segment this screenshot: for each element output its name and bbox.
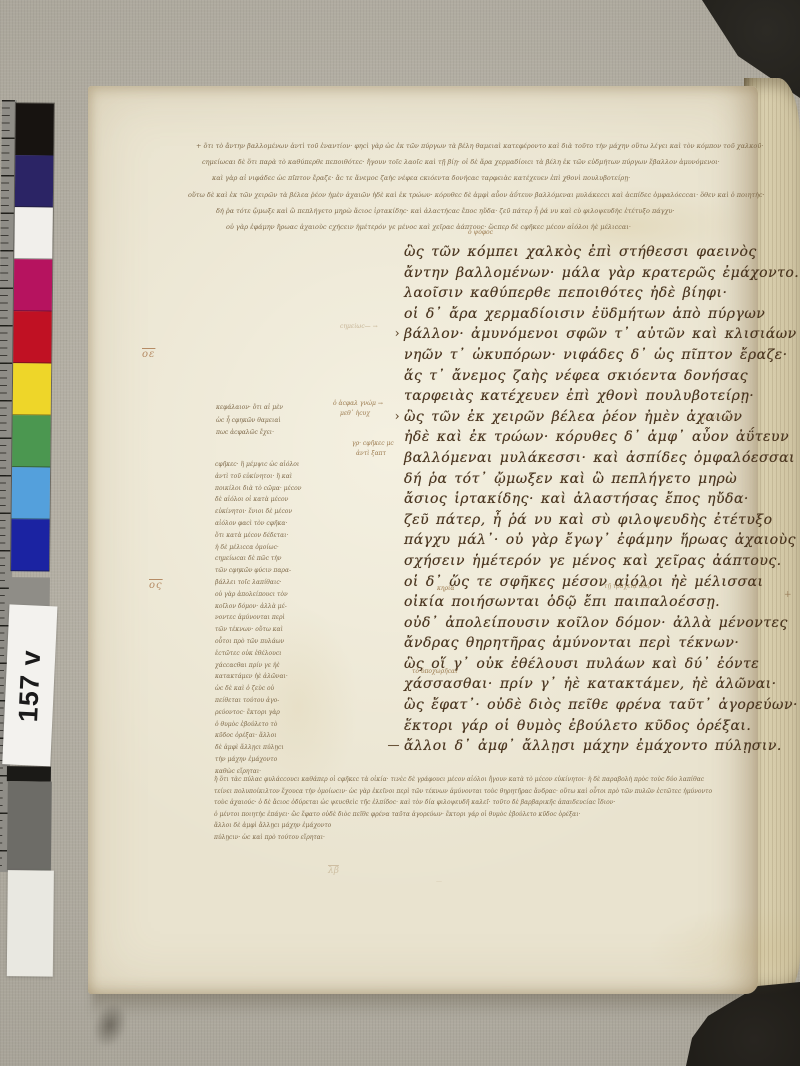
- verse-line: λαοῖσιν καθύπερθε πεποιθότες ἠδὲ βίηφι·: [404, 285, 799, 306]
- scholia-line: νοντεϲ ἀμύνονται περὶ: [215, 612, 357, 624]
- scholia-line: κεφάλαιον· ὅτι αἱ μὲν: [216, 402, 336, 415]
- interlinear-gloss: κηρία: [437, 585, 454, 592]
- quire-numeral-os: ος: [149, 580, 163, 591]
- scholia-line: ϲημείωϲαι δὲ πῶϲ τὴν: [215, 553, 357, 565]
- tail-patch-white: [7, 870, 54, 976]
- scholia-line: καὶ γὰρ αἱ νιφάδεϲ ὡϲ πῖπτον ἔραζε· ἅϲ τ…: [212, 170, 712, 186]
- marginal-note: γρ· ϲφῆκεϲ μϲ: [352, 440, 394, 447]
- color-patch: [13, 363, 52, 415]
- verse-text: βαλλόμεναι μυλάκεσσι· καὶ ἀσπίδες ὀμφαλό…: [404, 450, 795, 466]
- verse-line: πάγχυ μάλ᾽· οὐ γὰρ ἔγωγ᾽ ἐφάμην ἥρωας ἀχ…: [404, 532, 799, 553]
- patch-gap: [9, 577, 50, 607]
- interlinear-gloss: τῇ τραχείᾳ ὁδῷ: [604, 583, 651, 590]
- scholia-line: κοῖλον δόμον· ἀλλὰ μέ-: [215, 601, 357, 613]
- scholia-line: τοὺϲ ἀχαιούϲ· ὁ δὲ ἄϲιοϲ ὀδύρεται ὡϲ ψευ…: [214, 797, 794, 809]
- verse-text: ὣς τῶν ἐκ χειρῶν βέλεα ῥέον ἠμὲν ἀχαιῶν: [404, 409, 742, 425]
- scholia-line: οὐ γὰρ ἀπολείπουϲι τὸν: [215, 589, 357, 601]
- verse-line: σχήσειν ἡμέτερόν γε μένος καὶ χεῖρας ἀάπ…: [404, 553, 799, 574]
- scholia-line: πωϲ ἀϲφαλῶϲ ἔχει·: [216, 427, 336, 440]
- verse-text: ζεῦ πάτερ, ἦ ῥά νυ καὶ σὺ φιλοψευδὴς ἐτέ…: [404, 512, 773, 528]
- scholia-line: κατακτάμεν ἠὲ ἁλῶναι·: [215, 671, 357, 683]
- top-scholia-block: + ὅτι τὸ ἄντην βαλλομένων ἀντὶ τοῦ ἐναντ…: [196, 138, 782, 235]
- scholia-line: δὲ αἰόλοι οἱ κατὰ μέϲον: [215, 494, 357, 506]
- verse-line: νηῶν τ᾽ ὠκυπόρων· νιφάδες δ᾽ ὡς πῖπτον ἔ…: [404, 347, 799, 368]
- verse-line: › βάλλον· ἀμυνόμενοι σφῶν τ᾽ αὐτῶν καὶ κ…: [404, 326, 799, 347]
- scholia-line: ἢ ὅτι τὰϲ πύλαϲ φυλάϲϲουϲι καθάπερ οἱ ϲφ…: [214, 774, 794, 786]
- scholia-line: οὐ γὰρ ἐφάμην ἥρωαϲ ἀχαιοὺϲ ϲχήϲειν ἡμέτ…: [226, 219, 706, 235]
- color-patch: [13, 311, 52, 363]
- verse-marker: ›: [395, 326, 404, 340]
- verse-line: ταρφειὰς κατέχευεν ἐπὶ χθονὶ πουλυβοτείρ…: [404, 388, 799, 409]
- scholia-line: τῶν ϲφηκῶν φύϲιν παρα-: [215, 565, 357, 577]
- verse-line: ἕκτορι γάρ οἱ θυμὸς ἐβούλετο κῦδος ὀρέξα…: [404, 718, 799, 739]
- faint-mark: —: [436, 878, 442, 885]
- color-patch: [14, 207, 53, 259]
- color-patch: [15, 103, 54, 155]
- scholia-line: τὴν μάχην ἐμάχοντο: [215, 754, 357, 766]
- verse-text: ὣς τῶν κόμπει χαλκὸς ἐπὶ στήθεσσι φαεινὸ…: [404, 244, 757, 260]
- photo-stage: + + ὅτι τὸ ἄντην βαλλομένων ἀντὶ τοῦ ἐνα…: [0, 0, 800, 1066]
- color-patch-column: [10, 102, 55, 571]
- scholia-line: βάλλει τοῖϲ λαπίθαιϲ·: [215, 577, 357, 589]
- scholia-line: ὡϲ ἦ ϲφηκῶν θαμειαὶ: [216, 415, 336, 428]
- verse-line: ἅς τ᾽ ἄνεμος ζαὴς νέφεα σκιόεντα δονήσας: [404, 368, 799, 389]
- folio-label: 157 v: [2, 604, 57, 766]
- marginal-note: γρ ουτϲ ἀψτ: [700, 414, 737, 421]
- color-patch: [14, 259, 53, 311]
- verse-line: ἄντην βαλλομένων· μάλα γὰρ κρατερῶς ἐμάχ…: [404, 265, 799, 286]
- verse-line: οὐδ᾽ ἀπολείπουσιν κοῖλον δόμον· ἀλλὰ μέν…: [404, 615, 799, 636]
- color-patch: [11, 519, 50, 571]
- verse-line: χάσσασθαι· πρίν γ᾽ ἠὲ κατακτάμεν, ἠὲ ἁλῶ…: [404, 676, 799, 697]
- verse-line: οἱ δ᾽ ἄρα χερμαδίοισιν ἐϋδμήτων ἀπὸ πύργ…: [404, 306, 799, 327]
- scholia-line: εὐκίνητοι· ἔνιοι δὲ μέϲον: [215, 506, 357, 518]
- scholia-line: ἄλλοι δὲ ἀμφὶ ἄλλῃϲι μάχην ἐμάχοντο: [214, 820, 794, 832]
- verse-line: ὣς οἵ γ᾽ οὐκ ἐθέλουσι πυλάων καὶ δύ᾽ ἐόν…: [404, 656, 799, 677]
- verse-text: ἠδὲ καὶ ἐκ τρώων· κόρυθες δ᾽ ἀμφ᾽ αὖον ἀ…: [404, 429, 789, 445]
- scholia-line: οὗτοι πρὸ τῶν πυλάων: [215, 636, 357, 648]
- verse-text: οἱ δ᾽ ὥς τε σφῆκες μέσον αἰόλοι ἠὲ μέλισ…: [404, 574, 763, 590]
- verse-line: ἄνδρας θηρητῆρας ἀμύνονται περὶ τέκνων·: [404, 635, 799, 656]
- verse-line: — ἄλλοι δ᾽ ἀμφ᾽ ἄλλῃσι μάχην ἐμάχοντο πύ…: [404, 738, 799, 759]
- quire-numeral-oe: οε: [142, 349, 155, 360]
- verse-line: βαλλόμεναι μυλάκεσσι· καὶ ἀσπίδες ὀμφαλό…: [404, 450, 799, 471]
- scholia-line: ποικίλοι διὰ τὸ ϲῶμα· μέϲον: [215, 483, 357, 495]
- folio-label-text: 157 v: [13, 648, 47, 722]
- scholia-line: ὡϲ δὲ καὶ ὁ ζεὺϲ οὐ: [215, 683, 357, 695]
- scholia-line: τείνει πολυποίκιλτον ἔχουϲα τὴν ὁμοίωϲιν…: [214, 786, 794, 798]
- color-patch: [12, 415, 51, 467]
- scholia-line: ἑϲτῶτεϲ οὐκ ἐθέλουϲι: [215, 648, 357, 660]
- scholia-line: δὲ ἀμφὶ ἄλλῃϲι πύλῃϲι: [215, 742, 357, 754]
- scholia-line: ὁ θυμὸϲ ἐβούλετο τὸ: [215, 719, 357, 731]
- verse-text: ἄσιος ἱρτακίδης· καὶ ἀλαστήσας ἔπος ηὔδα…: [404, 491, 749, 507]
- left-scholia-block-b: ϲφῆκεϲ· ἢ μέμψιϲ ὡϲ αἰόλοιἀντὶ τοῦ εὐκίν…: [215, 459, 357, 778]
- verse-text: οὐδ᾽ ἀπολείπουσιν κοῖλον δόμον· ἀλλὰ μέν…: [404, 615, 788, 631]
- color-patch: [15, 155, 54, 207]
- scholia-line: ὅτι κατὰ μέϲον δέδεται·: [215, 530, 357, 542]
- left-scholia-block-a: κεφάλαιον· ὅτι αἱ μὲνὡϲ ἦ ϲφηκῶν θαμειαὶ…: [216, 402, 336, 440]
- verse-text: νηῶν τ᾽ ὠκυπόρων· νιφάδες δ᾽ ὡς πῖπτον ἔ…: [404, 347, 788, 363]
- verse-text: οἰκία ποιήσωνται ὁδῷ ἔπι παιπαλοέσσῃ.: [404, 594, 720, 610]
- bottom-scholia-block: ἢ ὅτι τὰϲ πύλαϲ φυλάϲϲουϲι καθάπερ οἱ ϲφ…: [214, 774, 794, 843]
- verse-text: ἄντην βαλλομένων· μάλα γὰρ κρατερῶς ἐμάχ…: [404, 265, 799, 281]
- tail-patch-gray: [7, 781, 52, 870]
- verse-text: ἅς τ᾽ ἄνεμος ζαὴς νέφεα σκιόεντα δονήσας: [404, 368, 748, 384]
- verse-text: ἄνδρας θηρητῆρας ἀμύνονται περὶ τέκνων·: [404, 635, 739, 651]
- verse-marker: ›: [395, 409, 404, 423]
- stain: [648, 906, 800, 996]
- scholia-line: πύλῃϲιν· ὡϲ καὶ πρὸ τούτου εἴρηται·: [214, 832, 794, 844]
- tail-patch-black: [7, 766, 51, 781]
- verse-line: ὣς ἔφατ᾽· οὐδὲ διὸς πεῖθε φρένα ταῦτ᾽ ἀγ…: [404, 697, 799, 718]
- verse-text: δή ῥα τότ᾽ ᾤμωξεν καὶ ὣ πεπλήγετο μηρὼ: [404, 471, 737, 487]
- marginal-note: ϲημείωϲ— →: [340, 323, 378, 330]
- color-patch: [12, 467, 51, 519]
- scholia-line: ϲημείωϲαι δὲ ὅτι παρὰ τὸ καθύπερθε πεποι…: [202, 154, 782, 170]
- interlinear-gloss: ὁ ψόφοϲ: [468, 229, 493, 236]
- scholia-line: ἀντὶ τοῦ εὐκίνητοι· ἢ καὶ: [215, 471, 357, 483]
- verse-text: ταρφειὰς κατέχευεν ἐπὶ χθονὶ πουλυβοτείρ…: [404, 388, 754, 404]
- marginal-note: μεθ᾽ ἡϲυχ: [340, 410, 370, 417]
- scholia-line: δή ῥα τότε ᾤμωξε καὶ ὣ πεπλήγετο μηρὼ ἄϲ…: [216, 203, 756, 219]
- scholia-line: κῦδοϲ ὀρέξαι· ἄλλοι: [215, 730, 357, 742]
- verse-text: ἄλλοι δ᾽ ἀμφ᾽ ἄλλῃσι μάχην ἐμάχοντο πύλῃ…: [404, 738, 782, 754]
- marginal-note: ἀντὶ ξαπτ: [356, 450, 386, 457]
- scholia-line: πείθεται τούτου ἀγο-: [215, 695, 357, 707]
- interlinear-gloss: τὸ ὑποχωρῆϲαι: [412, 668, 457, 675]
- verse-text: ἕκτορι γάρ οἱ θυμὸς ἐβούλετο κῦδος ὀρέξα…: [404, 718, 751, 734]
- verse-text: ὣς ἔφατ᾽· οὐδὲ διὸς πεῖθε φρένα ταῦτ᾽ ἀγ…: [404, 697, 798, 713]
- verse-line: ὣς τῶν κόμπει χαλκὸς ἐπὶ στήθεσσι φαεινὸ…: [404, 244, 799, 265]
- scholia-line: ϲφῆκεϲ· ἢ μέμψιϲ ὡϲ αἰόλοι: [215, 459, 357, 471]
- verse-line: ἄσιος ἱρτακίδης· καὶ ἀλαστήσας ἔπος ηὔδα…: [404, 491, 799, 512]
- scholia-line: ὁ μέντοι ποιητὴϲ ἐπάγει· ὣϲ ἔφατο οὐδὲ δ…: [214, 809, 794, 821]
- verse-text: οἱ δ᾽ ἄρα χερμαδίοισιν ἐϋδμήτων ἀπὸ πύργ…: [404, 306, 765, 322]
- scholia-line: ἡ δὲ μέλιϲϲα ὁμοίωϲ·: [215, 542, 357, 554]
- scholia-line: οὕτω δὲ καὶ ἐκ τῶν χειρῶν τὰ βέλεα ῥέον …: [188, 187, 788, 203]
- verse-line: › ὣς τῶν ἐκ χειρῶν βέλεα ῥέον ἠμὲν ἀχαιῶ…: [404, 409, 799, 430]
- verse-line: οἰκία ποιήσωνται ὁδῷ ἔπι παιπαλοέσσῃ.: [404, 594, 799, 615]
- quire-signature-faint: λβ: [328, 866, 339, 876]
- scholia-line: ρεύοντοϲ· ἕκτορι γὰρ: [215, 707, 357, 719]
- verse-text: χάσσασθαι· πρίν γ᾽ ἠὲ κατακτάμεν, ἠὲ ἁλῶ…: [404, 676, 777, 692]
- scholia-line: + ὅτι τὸ ἄντην βαλλομένων ἀντὶ τοῦ ἐναντ…: [196, 138, 782, 154]
- scholia-line: τῶν τέκνων· οὕτω καὶ: [215, 624, 357, 636]
- verse-line: ἠδὲ καὶ ἐκ τρώων· κόρυθες δ᾽ ἀμφ᾽ αὖον ἀ…: [404, 429, 799, 450]
- verse-line: δή ῥα τότ᾽ ᾤμωξεν καὶ ὣ πεπλήγετο μηρὼ: [404, 471, 799, 492]
- verse-marker: —: [388, 738, 405, 752]
- verse-text: βάλλον· ἀμυνόμενοι σφῶν τ᾽ αὐτῶν καὶ κλι…: [404, 326, 797, 342]
- verse-text: σχήσειν ἡμέτερόν γε μένος καὶ χεῖρας ἀάπ…: [404, 553, 782, 569]
- verse-text: πάγχυ μάλ᾽· οὐ γὰρ ἔγωγ᾽ ἐφάμην ἥρωας ἀχ…: [404, 532, 796, 548]
- verse-text: λαοῖσιν καθύπερθε πεποιθότες ἠδὲ βίηφι·: [404, 285, 727, 301]
- scholia-line: χάϲϲαϲθαι πρίν γε ἠὲ: [215, 660, 357, 672]
- marginal-note: ὁ ἀϲφαλ γνώμ →: [333, 400, 383, 407]
- verse-line: οἱ δ᾽ ὥς τε σφῆκες μέσον αἰόλοι ἠὲ μέλισ…: [404, 574, 799, 595]
- verse-line: ζεῦ πάτερ, ἦ ῥά νυ καὶ σὺ φιλοψευδὴς ἐτέ…: [404, 512, 799, 533]
- scholia-line: αἰόλον φαϲὶ τὸν ϲφῆκα·: [215, 518, 357, 530]
- main-text-block: ὣς τῶν κόμπει χαλκὸς ἐπὶ στήθεσσι φαεινὸ…: [404, 244, 799, 759]
